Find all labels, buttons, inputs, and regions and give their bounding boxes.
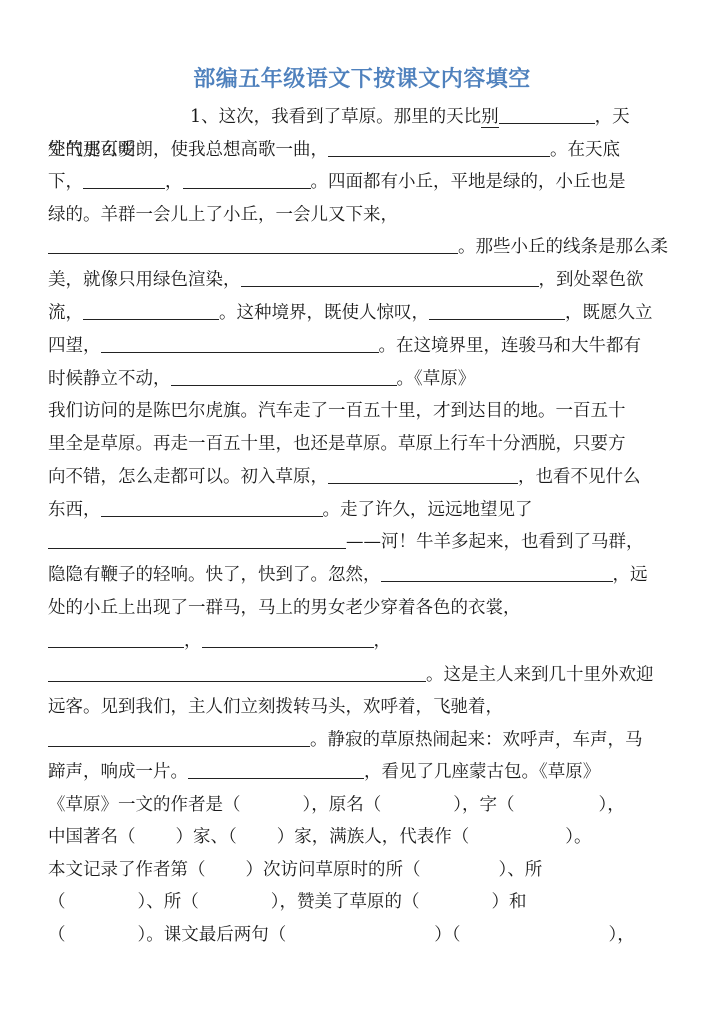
text-line-5: 。那些小丘的线条是那么柔 (48, 231, 684, 263)
fill-blank[interactable] (188, 758, 364, 779)
text-line-22: 《草原》一文的作者是（），原名（），字（）， (48, 789, 684, 821)
line-text: 1、这次，我看到了草原。那里的天比 (190, 107, 481, 127)
line-text: 。走了许久，远远地望见了 (323, 500, 533, 520)
line-text: 。《草原》 (397, 369, 476, 389)
line-text: 东西， (48, 500, 101, 520)
text-line-1: 1、这次，我看到了草原。那里的天比别，天 (190, 101, 690, 133)
text-line-20: 。静寂的草原热闹起来：欢呼声，车声，马 (48, 724, 684, 756)
fill-blank[interactable] (499, 103, 595, 124)
fill-blank[interactable] (328, 136, 550, 157)
text-line-12: 向不错，怎么走都可以。初入草原，，也看不见什么 (48, 461, 684, 493)
line-text: 处的小丘上出现了一群马，马上的男女老少穿着各色的衣裳， (48, 598, 521, 618)
overlap-text-b: 处的更可爱 (48, 134, 136, 166)
line-text: ，天 (595, 107, 630, 127)
text-line-26: （）。课文最后两句（）（）， (48, 919, 684, 951)
line-text: ）， (609, 925, 635, 945)
line-text: ），字（ (453, 795, 514, 815)
text-line-9: 时候静立不动，。《草原》 (48, 363, 684, 395)
fill-blank[interactable] (183, 168, 311, 189)
fill-blank[interactable] (48, 726, 310, 747)
line-text: ）家，满族人，代表作（ (277, 827, 470, 847)
line-text: 。那些小丘的线条是那么柔 (458, 237, 668, 257)
line-text: ，既愿久立 (565, 303, 653, 323)
line-text: 。静寂的草原热闹起来：欢呼声，车声，马 (310, 730, 643, 750)
text-line-4: 绿的。羊群一会儿上了小丘，一会儿又下来， (48, 199, 684, 231)
fill-blank[interactable] (83, 168, 165, 189)
text-line-19: 远客。见到我们，主人们立刻拨转马头，欢呼着，飞驰着， (48, 691, 684, 723)
line-text: 《草原》一文的作者是（ (48, 795, 241, 815)
line-text: 。在这境界里，连骏马和大牛都有 (379, 336, 642, 356)
line-text: ）、所 (499, 860, 543, 880)
fill-blank[interactable] (429, 299, 565, 320)
line-text: 。这种境界，既使人惊叹， (219, 303, 429, 323)
fill-blank[interactable] (83, 299, 219, 320)
line-text: ， (374, 631, 392, 651)
line-text: ）、所（ (138, 892, 199, 912)
line-text: ， (184, 631, 202, 651)
line-text: ）和 (492, 892, 527, 912)
line-text: ），原名（ (303, 795, 382, 815)
line-text: 向不错，怎么走都可以。初入草原， (48, 467, 328, 487)
text-line-7: 流，。这种境界，既使人惊叹，，既愿久立 (48, 297, 684, 329)
text-line-25: （）、所（），赞美了草原的（）和 (48, 886, 684, 918)
text-line-6: 美，就像只用绿色渲染，，到处翠色欲 (48, 264, 684, 296)
line-text: ）次访问草原时的所（ (246, 860, 421, 880)
text-line-21: 蹄声，响成一片。，看见了几座蒙古包。《草原》 (48, 756, 684, 788)
text-line-8: 四望，。在这境界里，连骏马和大牛都有 (48, 330, 684, 362)
line-text: 远客。见到我们，主人们立刻拨转马头，欢呼着，飞驰着， (48, 697, 503, 717)
line-text: 我们访问的是陈巴尔虎旗。汽车走了一百五十里，才到达目的地。一百五十 (48, 401, 626, 421)
text-line-2: 空气那么明朗处的更可爱，使我总想高歌一曲，。在天底 (48, 134, 684, 166)
line-text: 里全是草原。再走一百五十里，也还是草原。草原上行车十分洒脱，只要方 (48, 434, 626, 454)
text-line-16: 处的小丘上出现了一群马，马上的男女老少穿着各色的衣裳， (48, 592, 684, 624)
line-text: ——河！牛羊多起来，也看到了马群， (346, 532, 644, 552)
text-line-14: ——河！牛羊多起来，也看到了马群， (48, 526, 684, 558)
line-text: ，远 (613, 565, 648, 585)
text-line-17: ，， (48, 625, 684, 657)
line-text: 流， (48, 303, 83, 323)
line-text: ，到处翠色欲 (539, 270, 644, 290)
fill-blank[interactable] (48, 627, 184, 648)
line-text: ）家、（ (176, 827, 237, 847)
line-text: 时候静立不动， (48, 369, 171, 389)
text-line-24: 本文记录了作者第（）次访问草原时的所（）、所 (48, 854, 684, 886)
fill-blank[interactable] (202, 627, 374, 648)
fill-blank[interactable] (48, 528, 346, 549)
line-text: 。这是主人来到几十里外欢迎 (426, 665, 654, 685)
fill-blank[interactable] (328, 463, 518, 484)
line-text: 四望， (48, 336, 101, 356)
overlapping-text: 空气那么明朗处的更可爱 (48, 134, 153, 166)
line-text: 下， (48, 172, 83, 192)
line-text: ）（ (434, 925, 460, 945)
line-text: ，使我总想高歌一曲， (153, 140, 328, 160)
line-text: ， (165, 172, 183, 192)
document-title: 部编五年级语文下按课文内容填空 (0, 62, 724, 93)
line-text: 绿的。羊群一会儿上了小丘，一会儿又下来， (48, 205, 398, 225)
line-text: ，也看不见什么 (518, 467, 641, 487)
fill-blank[interactable] (171, 365, 397, 386)
line-text: 中国著名（ (48, 827, 136, 847)
underlined-text: 别 (481, 107, 499, 128)
text-line-13: 东西，。走了许久，远远地望见了 (48, 494, 684, 526)
line-text: ）。 (565, 827, 591, 847)
fill-blank[interactable] (241, 266, 539, 287)
text-line-10: 我们访问的是陈巴尔虎旗。汽车走了一百五十里，才到达目的地。一百五十 (48, 395, 684, 427)
fill-blank[interactable] (101, 332, 379, 353)
text-line-23: 中国著名（）家、（）家，满族人，代表作（）。 (48, 821, 684, 853)
text-line-11: 里全是草原。再走一百五十里，也还是草原。草原上行车十分洒脱，只要方 (48, 428, 684, 460)
line-text: ）。课文最后两句（ (138, 925, 287, 945)
text-line-3: 下，，。四面都有小丘，平地是绿的，小丘也是 (48, 166, 684, 198)
line-text: ，看见了几座蒙古包。《草原》 (364, 762, 600, 782)
text-line-18: 。这是主人来到几十里外欢迎 (48, 659, 684, 691)
fill-blank[interactable] (381, 561, 613, 582)
fill-blank[interactable] (48, 661, 426, 682)
line-text: ）， (599, 795, 625, 815)
fill-blank[interactable] (101, 496, 323, 517)
line-text: （ (48, 892, 66, 912)
line-text: 蹄声，响成一片。 (48, 762, 188, 782)
text-line-15: 隐隐有鞭子的轻响。快了，快到了。忽然，，远 (48, 559, 684, 591)
fill-blank[interactable] (48, 233, 458, 254)
line-text: ），赞美了草原的（ (271, 892, 420, 912)
line-text: 隐隐有鞭子的轻响。快了，快到了。忽然， (48, 565, 381, 585)
line-text: （ (48, 925, 66, 945)
line-text: 本文记录了作者第（ (48, 860, 206, 880)
line-text: 美，就像只用绿色渲染， (48, 270, 241, 290)
line-text: 。四面都有小丘，平地是绿的，小丘也是 (311, 172, 626, 192)
line-text: 。在天底 (550, 140, 620, 160)
